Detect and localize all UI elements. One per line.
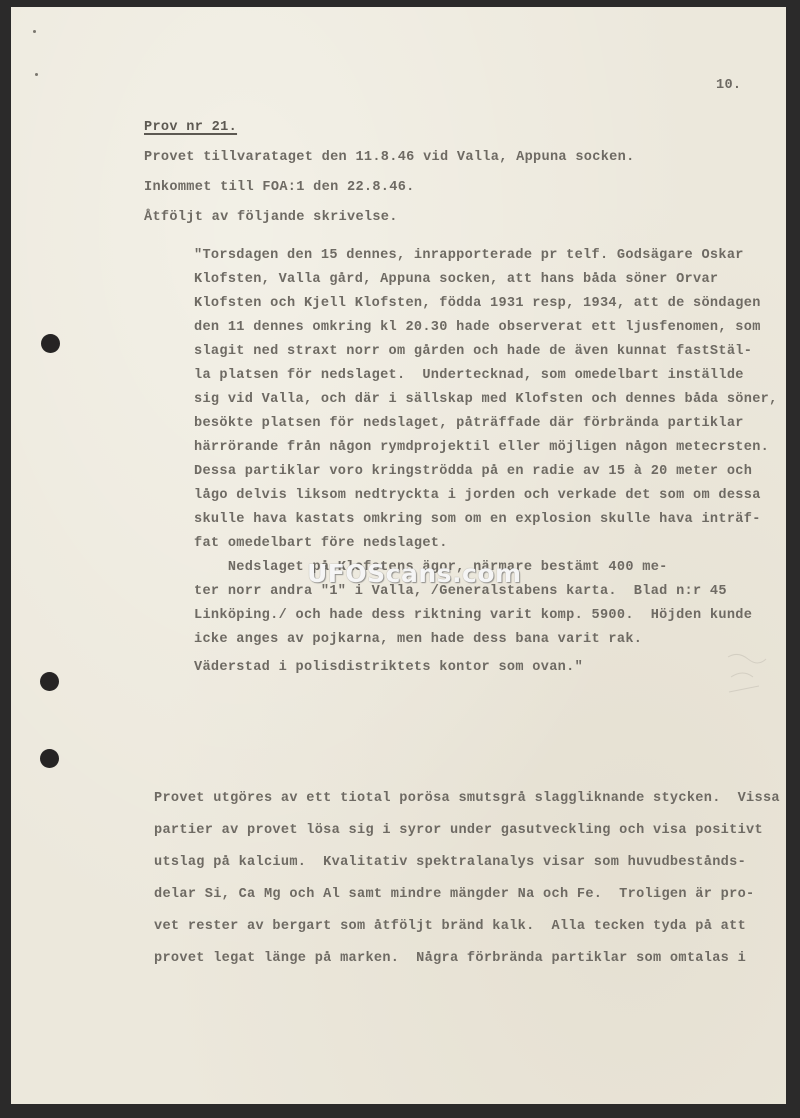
document-page: 10. Prov nr 21. Provet tillvarataget den… [11,7,786,1104]
header-line: Inkommet till FOA:1 den 22.8.46. [144,180,415,196]
header-line: Provet tillvarataget den 11.8.46 vid Val… [144,150,635,166]
paper-speck [33,30,36,33]
punch-hole [40,672,59,691]
quote-line: "Torsdagen den 15 dennes, inrapporterade… [194,248,744,264]
quote-line: fat omedelbart före nedslaget. [194,536,448,552]
analysis-line: vet rester av bergart som åtföljt bränd … [154,919,746,935]
quote-line: Dessa partiklar voro kringströdda på en … [194,464,752,480]
quote-line: Väderstad i polisdistriktets kontor som … [194,660,583,676]
analysis-line: partier av provet lösa sig i syror under… [154,823,763,839]
quote-line: la platsen för nedslaget. Undertecknad, … [194,368,744,384]
pencil-marks [723,647,773,707]
quote-line: Linköping./ och hade dess riktning varit… [194,608,752,624]
quote-line: sig vid Valla, och där i sällskap med Kl… [194,392,778,408]
quote-line: Klofsten och Kjell Klofsten, födda 1931 … [194,296,761,312]
analysis-line: provet legat länge på marken. Några förb… [154,951,746,967]
quote-line: besökte platsen för nedslaget, påträffad… [194,416,744,432]
paper-speck [35,73,38,76]
quote-line: lågo delvis liksom nedtryckta i jorden o… [194,488,761,504]
quote-line: den 11 dennes omkring kl 20.30 hade obse… [194,320,761,336]
punch-hole [41,334,60,353]
header-line: Åtföljt av följande skrivelse. [144,210,398,226]
watermark: UFOScans.com [307,559,522,588]
quote-line: Klofsten, Valla gård, Appuna socken, att… [194,272,718,288]
analysis-line: delar Si, Ca Mg och Al samt mindre mängd… [154,887,755,903]
page-title: Prov nr 21. [144,120,237,136]
analysis-line: Provet utgöres av ett tiotal porösa smut… [154,791,780,807]
quote-line: slagit ned straxt norr om gården och had… [194,344,752,360]
quote-line: skulle hava kastats omkring som om en ex… [194,512,761,528]
quote-line: icke anges av pojkarna, men hade dess ba… [194,632,642,648]
analysis-line: utslag på kalcium. Kvalitativ spektralan… [154,855,746,871]
quote-line: härrörande från någon rymdprojektil elle… [194,440,769,456]
punch-hole [40,749,59,768]
page-number: 10. [716,78,741,94]
